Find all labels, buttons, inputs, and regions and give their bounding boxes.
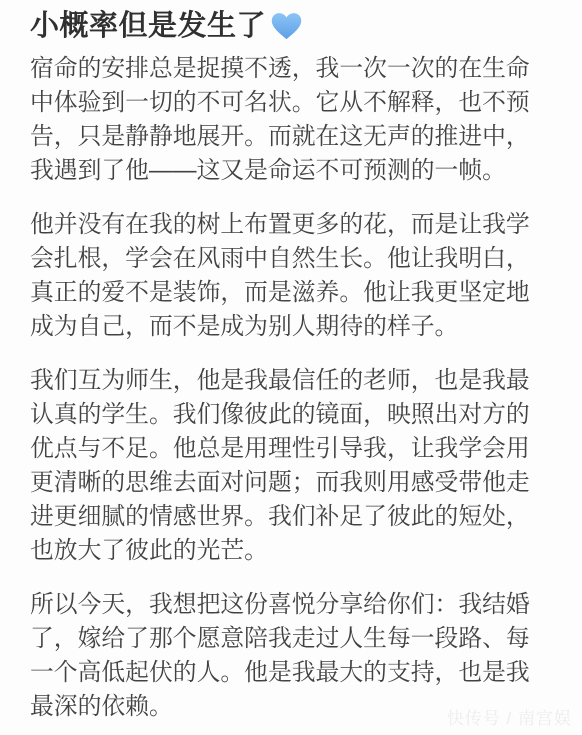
text-line: 一个高低起伏的人。他是我最大的支持，也是我 — [30, 656, 554, 690]
text-line: 也放大了彼此的光芒。 — [30, 534, 554, 568]
text-line: 会扎根，学会在风雨中自然生长。他让我明白， — [30, 242, 554, 276]
text-line: 我们互为师生，他是我最信任的老师，也是我最 — [30, 364, 554, 398]
paragraph-1: 宿命的安排总是捉摸不透，我一次一次的在生命 中体验到一切的不可名状。它从不解释，… — [30, 52, 554, 188]
platform-watermark: 快传号 / 南宫娱 — [447, 704, 572, 729]
text-line: 中体验到一切的不可名状。它从不解释，也不预 — [30, 86, 554, 120]
text-line: 所以今天，我想把这份喜悦分享给你们：我结婚 — [30, 588, 554, 622]
blue-heart-icon — [270, 11, 303, 41]
text-line: 真正的爱不是装饰，而是滋养。他让我更坚定地 — [30, 276, 554, 310]
text-line: 了，嫁给了那个愿意陪我走过人生每一段路、每 — [30, 622, 554, 656]
text-line: 更清晰的思维去面对问题；而我则用感受带他走 — [30, 466, 554, 500]
paragraph-3: 我们互为师生，他是我最信任的老师，也是我最 认真的学生。我们像彼此的镜面，映照出… — [30, 364, 554, 568]
paragraph-2: 他并没有在我的树上布置更多的花，而是让我学 会扎根，学会在风雨中自然生长。他让我… — [30, 208, 554, 344]
post-title-text: 小概率但是发生了 — [30, 6, 266, 46]
text-line: 我遇到了他——这又是命运不可预测的一帧。 — [30, 154, 554, 188]
text-line: 告，只是静静地展开。而就在这无声的推进中， — [30, 120, 554, 154]
text-line: 优点与不足。他总是用理性引导我，让我学会用 — [30, 432, 554, 466]
text-line: 成为自己，而不是成为别人期待的样子。 — [30, 310, 554, 344]
text-line: 他并没有在我的树上布置更多的花，而是让我学 — [30, 208, 554, 242]
post-title: 小概率但是发生了 — [30, 6, 554, 46]
text-line: 进更细腻的情感世界。我们补足了彼此的短处， — [30, 500, 554, 534]
post-page: 小概率但是发生了 宿命的安排总是捉摸不透，我一次一次的在生命 中体验到一切的不可… — [0, 0, 582, 735]
text-line: 认真的学生。我们像彼此的镜面，映照出对方的 — [30, 398, 554, 432]
text-line: 宿命的安排总是捉摸不透，我一次一次的在生命 — [30, 52, 554, 86]
